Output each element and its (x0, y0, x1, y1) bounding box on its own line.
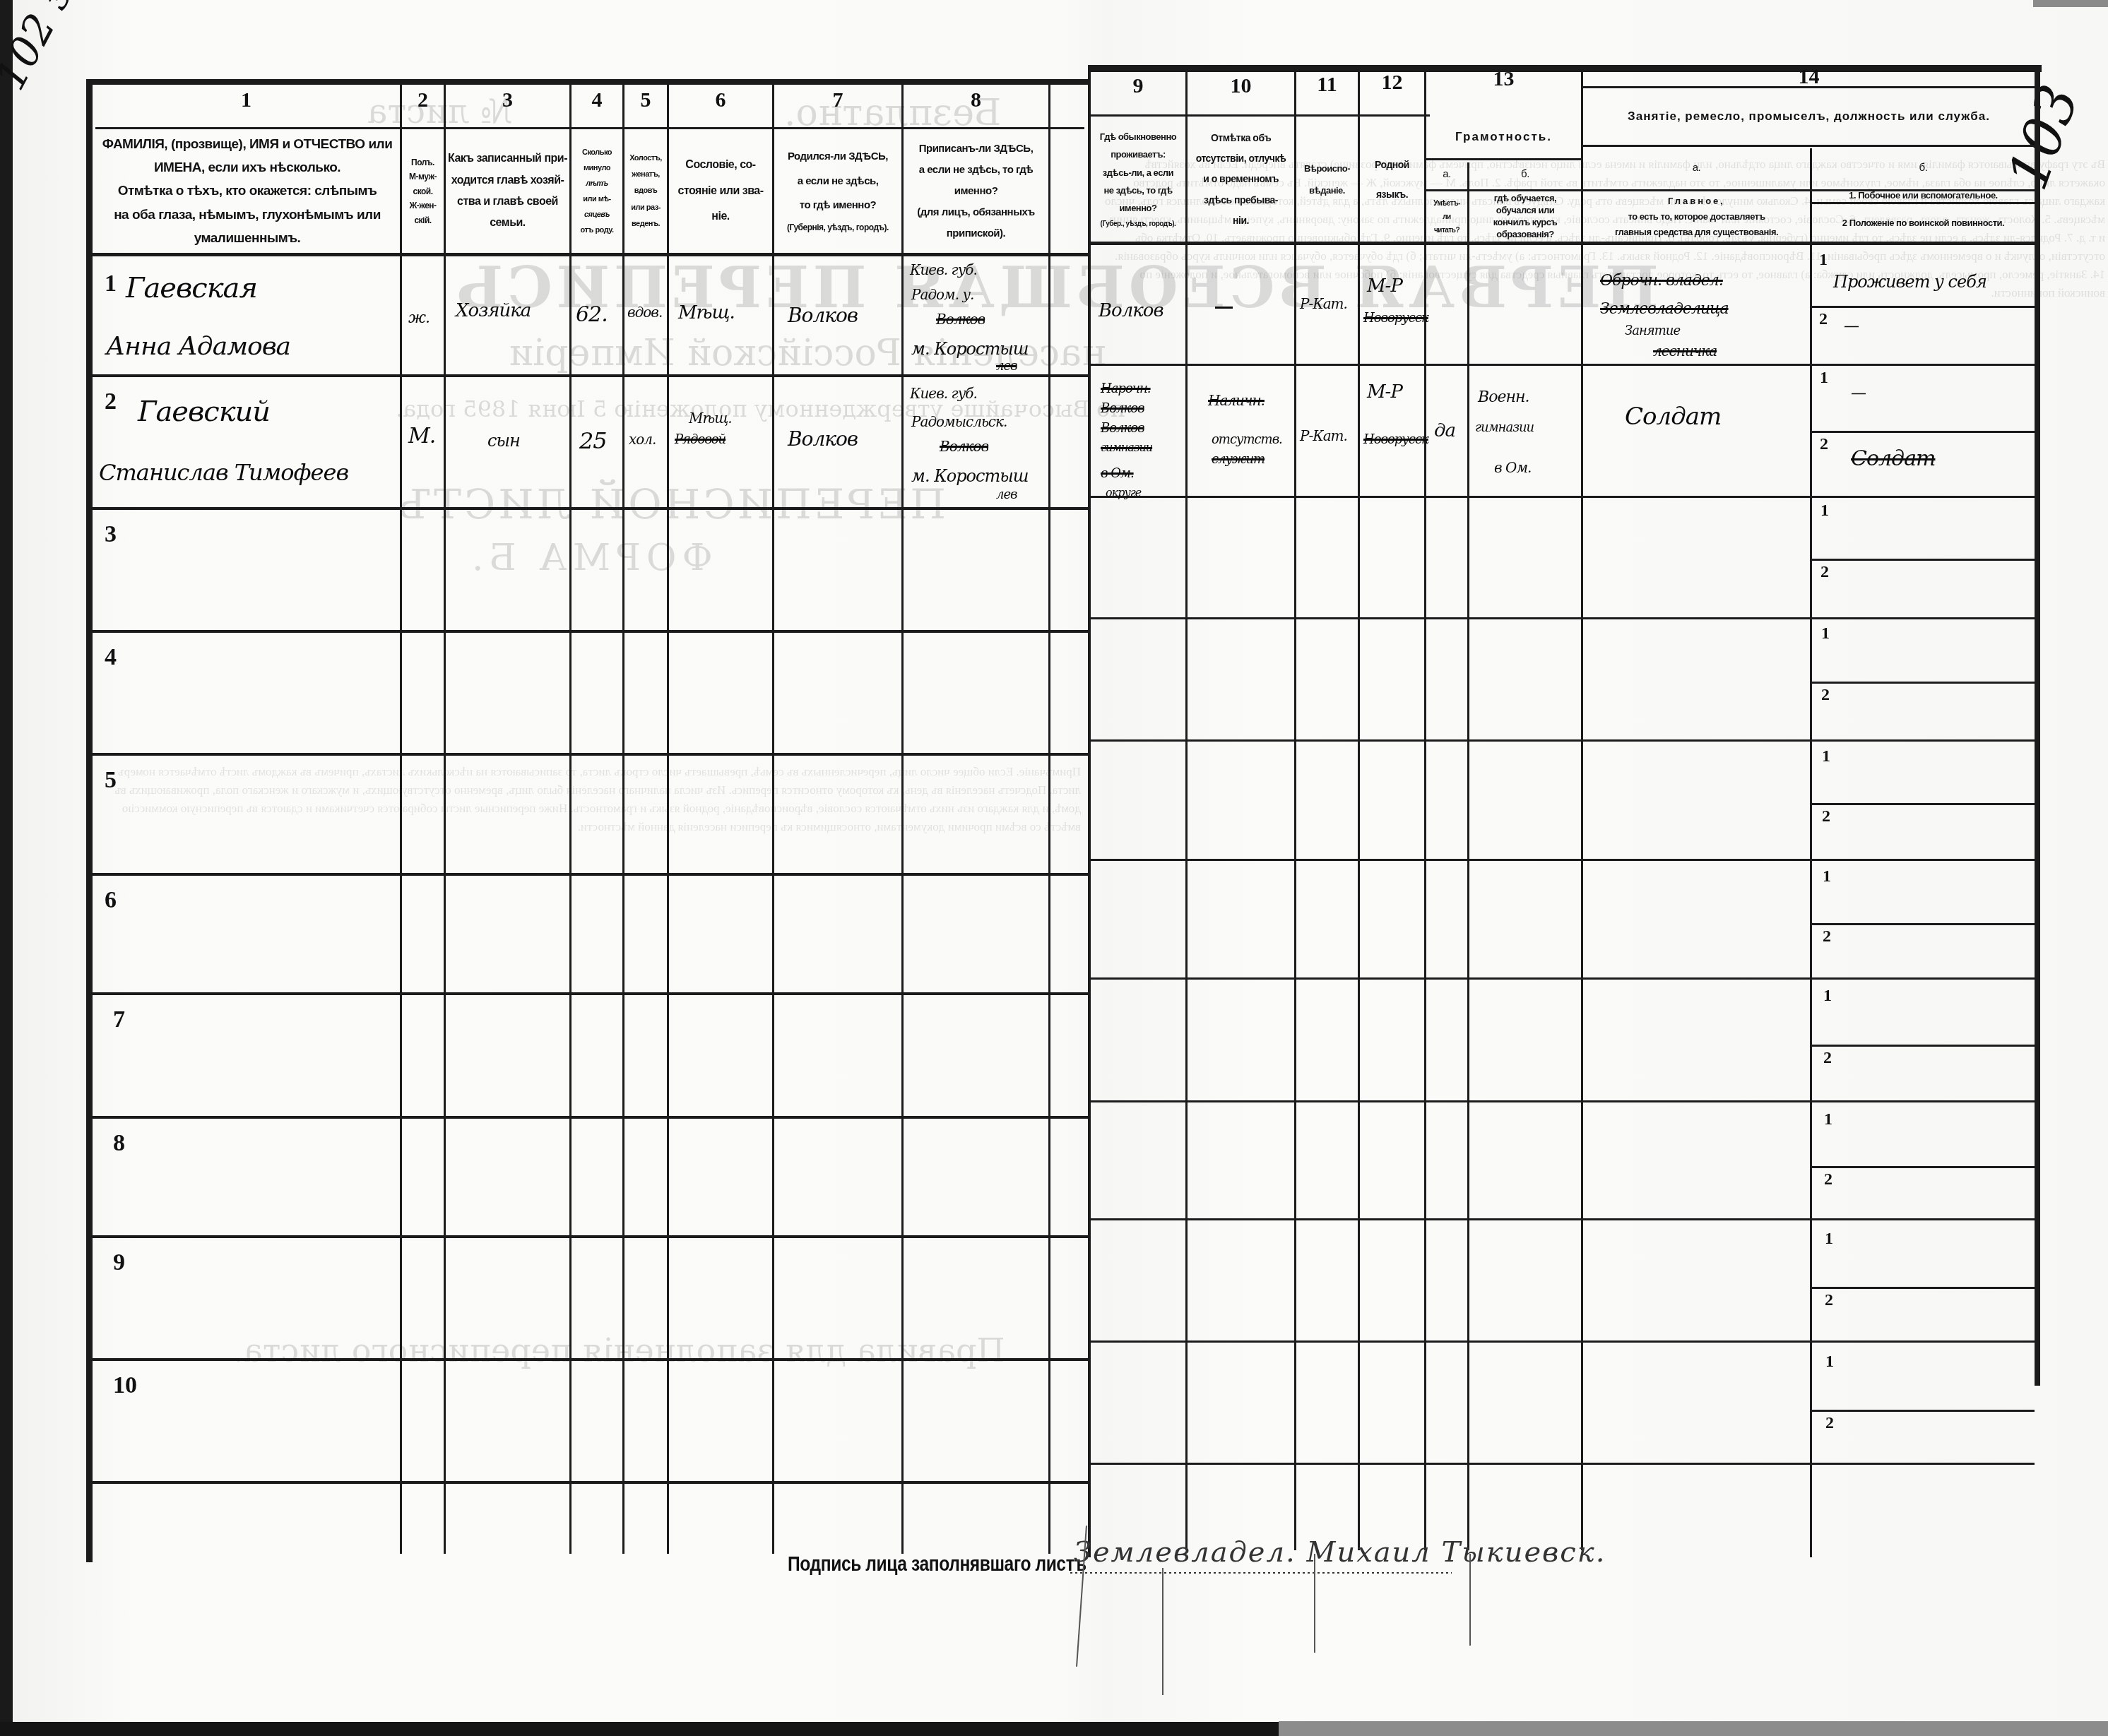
col-header-8: Приписанъ-ли ЗДѢСЬ, а если не здѣсь, то … (904, 131, 1048, 251)
row2-resides-3: гимназии (1101, 441, 1152, 454)
header-line: Холостъ, (629, 150, 662, 167)
header-line: Сколько (582, 145, 612, 160)
header-line: Какъ записанный при- (448, 148, 567, 170)
table-border-top-left (86, 79, 1089, 85)
header-line: (Губер., уѣздъ, городъ). (1101, 218, 1176, 232)
row1-registered-4: лев (996, 359, 1017, 374)
header-line: на оба глаза, нѣмымъ, глухонѣмымъ или (114, 203, 381, 227)
col-header-6: Сословіе, со- стояніе или зва- ніе. (669, 131, 772, 251)
header-line: ли (1443, 210, 1451, 224)
header-line: ФАМИЛІЯ, (прозвище), ИМЯ и ОТЧЕСТВО или (102, 133, 393, 156)
row1-occupation-side-2: — (1844, 318, 1859, 335)
sub-row-label: 1 (1823, 987, 1832, 1006)
row-number: 2 (105, 388, 117, 415)
col-header-5: Холостъ, женатъ, вдовъ или раз- веденъ. (624, 131, 667, 251)
header-line: проживаетъ: (1111, 145, 1166, 163)
row2-resides-5: округе (1106, 486, 1141, 499)
header-line: Отмѣтка объ (1211, 128, 1271, 148)
row1-relation: Хозяйка (456, 300, 531, 321)
header-line: отъ роду. (580, 222, 613, 238)
row-divider-right (1091, 1100, 2035, 1102)
header-line: Ж-жен- (409, 198, 436, 213)
row-divider-right (1091, 1463, 2035, 1465)
header-bottom-right (1088, 242, 2038, 245)
header-line: М-муж- (409, 170, 437, 184)
row-divider (93, 1481, 1089, 1484)
header-line: семьи. (490, 213, 526, 234)
row2-education-2: в Ом. (1494, 459, 1531, 476)
row1-occupation-main-1: Землевладелица (1600, 300, 1729, 318)
row2-resides-1: Волков (1101, 401, 1144, 416)
col13-sub-divider (1424, 158, 1581, 160)
col-num-2: 2 (402, 88, 444, 112)
header-line: обучался или (1496, 205, 1555, 217)
row2-registered-3: м. Коростыш (911, 466, 1028, 486)
header-line: а если не здѣсь, то гдѣ (919, 160, 1034, 181)
col-header-10: Отмѣтка объ отсутствіи, отлучкѣ и о врем… (1188, 119, 1294, 240)
col-line (1088, 67, 1091, 1557)
col-num-11: 11 (1296, 73, 1358, 97)
row-divider (93, 753, 1089, 756)
col-header-1: ФАМИЛІЯ, (прозвище), ИМЯ и ОТЧЕСТВО или … (95, 131, 399, 251)
row-divider (93, 992, 1089, 995)
header-line: или мѣ- (583, 191, 611, 207)
row1-registered-3: м. Коростыш (911, 339, 1028, 359)
row2-surname: Гаевский (138, 396, 270, 428)
row2-occupation-main: Солдат (1625, 403, 1721, 431)
sub-row-divider (1811, 431, 2035, 433)
header-line: Грамотность. (1455, 129, 1552, 146)
row-divider (93, 507, 1089, 510)
col-header-4: Сколько минуло лѣтъ или мѣ- сяцевъ отъ р… (572, 131, 622, 251)
header-line: сяцевъ (584, 207, 610, 222)
row1-born: Волков (788, 304, 858, 327)
sub-row-label: 2 (1823, 1049, 1832, 1068)
sub-row-divider (1811, 1166, 2035, 1168)
row1-language-1: Новорусск (1363, 311, 1428, 326)
row-number: 9 (113, 1249, 125, 1276)
row2-absence-2: служит (1212, 452, 1265, 467)
scan-left-edge (0, 0, 13, 1736)
row1-sex: ж. (408, 309, 430, 327)
col-num-8: 8 (904, 88, 1048, 112)
header-line: образованія? (1496, 229, 1553, 241)
sub-row-divider (1811, 803, 2035, 805)
col-header-14a: Главное, то есть то, которое доставляетъ… (1583, 192, 1810, 242)
row-divider-right (1091, 859, 2035, 861)
col-header-2: Полъ. М-муж- ской. Ж-жен- скій. (402, 131, 444, 251)
row2-resides-4: в Ом. (1101, 466, 1134, 481)
header-line: именно? (954, 181, 998, 202)
header-line: женатъ, (632, 167, 660, 183)
sub-row-divider (1811, 559, 2035, 561)
census-sheet (13, 0, 2108, 1723)
header-line: вдовъ (634, 183, 657, 199)
row2-registered-4: лев (996, 487, 1017, 502)
sub-row-divider (1811, 306, 2035, 308)
row2-sex: М. (408, 424, 435, 448)
sub-row-divider (1811, 1287, 2035, 1289)
col-header-13-title: Грамотность. (1426, 117, 1581, 157)
row2-age: 25 (579, 427, 607, 454)
row2-estate-0: Мѣщ. (689, 410, 732, 427)
row-divider-right (1091, 977, 2035, 980)
sub-row-label: 2 (1819, 310, 1828, 329)
row2-registered-1: Радомысльск. (911, 413, 1007, 430)
sub-row-label: 2 (1822, 807, 1830, 826)
col-header-12: Родной языкъ. (1360, 119, 1424, 240)
sub-row-label: 2 (1825, 1414, 1834, 1433)
col-header-7: Родился-ли ЗДѢСЬ, а если не здѣсь, то гд… (774, 131, 901, 251)
row1-surname: Гаевская (126, 272, 257, 304)
row1-occupation-main-2: Занятие (1625, 323, 1680, 338)
header-line: или раз- (631, 200, 661, 216)
row2-resides-0: Нарочн. (1101, 381, 1151, 396)
header-line: Сословіе, со- (685, 153, 755, 179)
header-line: Приписанъ-ли ЗДѢСЬ, (919, 138, 1034, 160)
row2-can-read: да (1434, 420, 1455, 441)
row-number: 7 (113, 1006, 125, 1033)
col-line (772, 85, 774, 1554)
row-divider-right (1091, 1218, 2035, 1220)
col-header-13b: гдѣ обучается, обучался или кончилъ курс… (1469, 192, 1581, 242)
col-header-14b-1: 1. Побочное или вспомогательное. (1812, 189, 2035, 202)
row-divider-right (1091, 1340, 2035, 1343)
signature-flourish (1469, 1554, 1471, 1646)
row2-registered-0: Киев. губ. (910, 385, 977, 402)
row2-marital: хол. (629, 431, 656, 448)
row2-language-0: М-Р (1367, 381, 1402, 403)
header-line: Главное, (1668, 194, 1725, 209)
header-line: ской. (413, 184, 432, 198)
row-number: 3 (105, 521, 117, 548)
col-num-9: 9 (1091, 74, 1185, 98)
row-divider (93, 873, 1089, 876)
row2-religion: Р-Кат. (1300, 427, 1347, 444)
row-divider-right (1091, 364, 2035, 366)
sub-row-label: 1 (1820, 501, 1829, 521)
col-line (1424, 67, 1426, 1550)
header-line: лѣтъ (586, 176, 608, 191)
header-line: (для лицъ, обязанныхъ (917, 202, 1035, 223)
col-line (1581, 67, 1583, 1550)
header-line: ходится главѣ хозяй- (451, 170, 564, 191)
row-number: 5 (105, 767, 117, 794)
row2-absence-1: отсутств. (1212, 432, 1282, 447)
row1-registered-0: Киев. губ. (910, 261, 977, 278)
col13-sub-divider-2 (1424, 189, 1581, 191)
row-number: 4 (105, 644, 117, 671)
row2-education-0: Военн. (1478, 388, 1529, 406)
col-num-10: 10 (1188, 74, 1294, 98)
sub-row-label: 2 (1824, 1170, 1832, 1189)
row-divider-right (1091, 496, 2035, 498)
row2-occupation-side-1: — (1851, 385, 1866, 403)
col-num-6: 6 (669, 88, 772, 112)
header-line: умалишеннымъ. (194, 227, 301, 250)
row2-given: Станислав Тимофеев (99, 459, 348, 486)
row2-resides-2: Волков (1101, 421, 1144, 436)
header-line: то гдѣ именно? (800, 194, 877, 218)
sub-row-label: 2 (1821, 686, 1830, 705)
row2-language-1: Новорусск (1363, 432, 1428, 447)
col-line (622, 85, 624, 1554)
col-line (400, 85, 402, 1554)
header-line: припиской). (947, 223, 1005, 244)
signature-label: Подпись лица заполнявшаго листъ (788, 1552, 1086, 1576)
col-header-14a-label: а. (1583, 148, 1810, 188)
signature-dots (1070, 1572, 1452, 1574)
signature-flourish (1314, 1554, 1315, 1653)
sub-row-label: 2 (1823, 927, 1831, 946)
col-header-14b-label: б. (1812, 148, 2035, 188)
header-line: Гдѣ обыкновенно (1100, 128, 1176, 145)
row-divider-right (1091, 739, 2035, 742)
row-divider (93, 630, 1089, 633)
header-line: именно? (1120, 199, 1157, 217)
sub-row-divider (1811, 923, 2035, 925)
header-line: скій. (414, 213, 431, 227)
row1-absence: — (1215, 297, 1233, 318)
header-line: Полъ. (411, 155, 434, 170)
header-line: ніи. (1233, 210, 1249, 231)
row1-marital: вдов. (627, 304, 662, 321)
col-num-3: 3 (446, 88, 569, 112)
sub-row-label: 2 (1820, 435, 1828, 454)
row-number: 1 (105, 270, 117, 297)
header-line: Родился-ли ЗДѢСЬ, (788, 145, 888, 170)
header-line: гдѣ обучается, (1494, 193, 1556, 205)
row2-registered-2: Волков (940, 438, 988, 455)
col-header-11: Вѣроиспо- вѣданіе. (1296, 119, 1358, 240)
header-line: Отмѣтка о тѣхъ, кто окажется: слѣпымъ (118, 179, 377, 203)
header-line: отсутствіи, отлучкѣ (1196, 148, 1286, 169)
header-line: языкъ. (1376, 179, 1408, 209)
header-line: вѣданіе. (1309, 179, 1345, 201)
col-line (569, 85, 572, 1554)
header-line: кончилъ курсъ (1493, 217, 1558, 229)
row1-occupation-main-0: Оброчн. владел. (1600, 272, 1723, 290)
row1-age: 62. (576, 302, 608, 327)
col-header-14b-2: 2 Положеніе по воинской повинности. (1812, 206, 2035, 240)
scan-bottom-grey (1279, 1721, 2108, 1736)
header-num-divider-right (1091, 114, 1430, 117)
col-header-3: Какъ записанный при- ходится главѣ хозяй… (446, 131, 569, 251)
sub-row-label: 1 (1820, 369, 1828, 388)
row2-occupation-side-2: Солдат (1851, 446, 1935, 471)
row-number: 10 (113, 1372, 137, 1399)
col-num-12: 12 (1360, 71, 1424, 95)
header-line: Занятіе, ремесло, промыселъ, должность и… (1628, 108, 1990, 126)
header-line: стояніе или зва- (678, 179, 764, 205)
header-line: Умѣетъ- (1433, 197, 1460, 210)
row1-registered-2: Волков (936, 311, 985, 328)
col-header-14-title: Занятіе, ремесло, промыселъ, должность и… (1583, 90, 2035, 143)
header-line: здѣсь-ли, а если (1103, 164, 1173, 182)
table-border-right (2035, 65, 2040, 1386)
col-line (444, 85, 446, 1554)
header-line: (Губернія, уѣздъ, городъ). (787, 218, 889, 238)
row1-occupation-side-1: Проживет у себя (1833, 272, 1986, 292)
header-line: читать? (1434, 224, 1459, 237)
header-line: ніе. (711, 204, 729, 230)
row1-language-0: М-Р (1367, 275, 1402, 297)
row-divider (93, 1358, 1089, 1361)
header-line: здѣсь пребыва- (1204, 190, 1278, 210)
header-line: 1. Побочное или вспомогательное. (1849, 189, 1997, 203)
sub-row-label: 1 (1821, 624, 1830, 643)
header-line: минуло (584, 160, 610, 176)
col-num-14: 14 (1583, 65, 2035, 89)
col-line (1294, 67, 1296, 1550)
sub-row-label: 1 (1825, 1352, 1834, 1372)
col-num-7: 7 (774, 88, 901, 112)
scan-top-edge (2033, 0, 2108, 7)
col-line (901, 85, 904, 1554)
col-line (667, 85, 669, 1554)
sub-row-label: 1 (1825, 1230, 1833, 1249)
col-line (1358, 67, 1360, 1550)
sub-row-label: 1 (1824, 1110, 1832, 1129)
table-border-left (86, 79, 93, 1562)
row-divider (93, 374, 1089, 377)
row-number: 6 (105, 887, 117, 914)
col-line (1185, 67, 1188, 1550)
sub-row-label: 2 (1825, 1291, 1833, 1310)
row1-estate: Мѣщ. (678, 302, 735, 323)
row1-occupation-main-3: лесничка (1653, 343, 1717, 359)
col-header-13a-label: а. (1426, 161, 1467, 188)
col-num-5: 5 (624, 88, 667, 112)
row-number: 8 (113, 1130, 125, 1157)
header-bottom-left (93, 253, 1089, 256)
row1-registered-1: Радом. у. (911, 286, 973, 303)
signature-value: Землевладел. Михаил Тыкиевск. (1074, 1536, 1606, 1569)
header-line: и о временномъ (1203, 169, 1279, 189)
header-line: веденъ. (632, 216, 660, 232)
col14-title-divider (1582, 145, 2035, 147)
header-num-divider (95, 127, 1084, 129)
sub-row-label: 1 (1822, 747, 1830, 766)
row-divider (93, 1116, 1089, 1119)
sub-row-divider (1811, 1045, 2035, 1047)
header-line: Родной (1375, 150, 1409, 179)
row-divider (93, 1235, 1089, 1238)
col-num-1: 1 (93, 88, 400, 112)
col14b-mid-divider (1811, 202, 2035, 204)
row2-born: Волков (788, 427, 858, 451)
sub-row-label: 1 (1823, 867, 1831, 886)
header-line: Вѣроиспо- (1304, 157, 1350, 179)
header-line: не здѣсь, то гдѣ (1103, 182, 1172, 199)
header-line: ИМЕНА, если ихъ нѣсколько. (154, 156, 341, 179)
row2-education-1: гимназии (1475, 420, 1534, 435)
sub-row-divider (1811, 682, 2035, 684)
header-line: то есть то, которое доставляетъ (1628, 209, 1765, 225)
row1-religion: Р-Кат. (1300, 295, 1347, 312)
row2-absence-0: Наличн. (1208, 392, 1265, 409)
signature-flourish (1162, 1568, 1163, 1695)
col-header-13b-label: б. (1469, 161, 1581, 188)
col-header-13a: Умѣетъ- ли читать? (1426, 192, 1467, 242)
col-line (1048, 85, 1050, 1554)
sub-row-label: 1 (1819, 251, 1828, 270)
row2-estate-1: Рядовой (675, 432, 726, 447)
col-num-4: 4 (572, 88, 622, 112)
header-line: ства и главѣ своей (457, 191, 558, 213)
header-line: 2 Положеніе по воинской повинности. (1842, 217, 2004, 230)
col-line (1810, 148, 1812, 1557)
row1-given: Анна Адамова (106, 332, 290, 361)
row2-relation: сын (487, 431, 520, 451)
sub-row-divider (1811, 1410, 2035, 1412)
sub-row-label: 2 (1820, 563, 1829, 582)
header-line: а если не здѣсь, (798, 170, 879, 194)
header-line: главныя средства для существованія. (1615, 225, 1778, 240)
col-header-9: Гдѣ обыкновенно проживаетъ: здѣсь-ли, а … (1091, 119, 1185, 240)
row1-resides: Волков (1099, 300, 1163, 321)
col-num-13: 13 (1426, 67, 1581, 91)
row-divider-right (1091, 617, 2035, 619)
